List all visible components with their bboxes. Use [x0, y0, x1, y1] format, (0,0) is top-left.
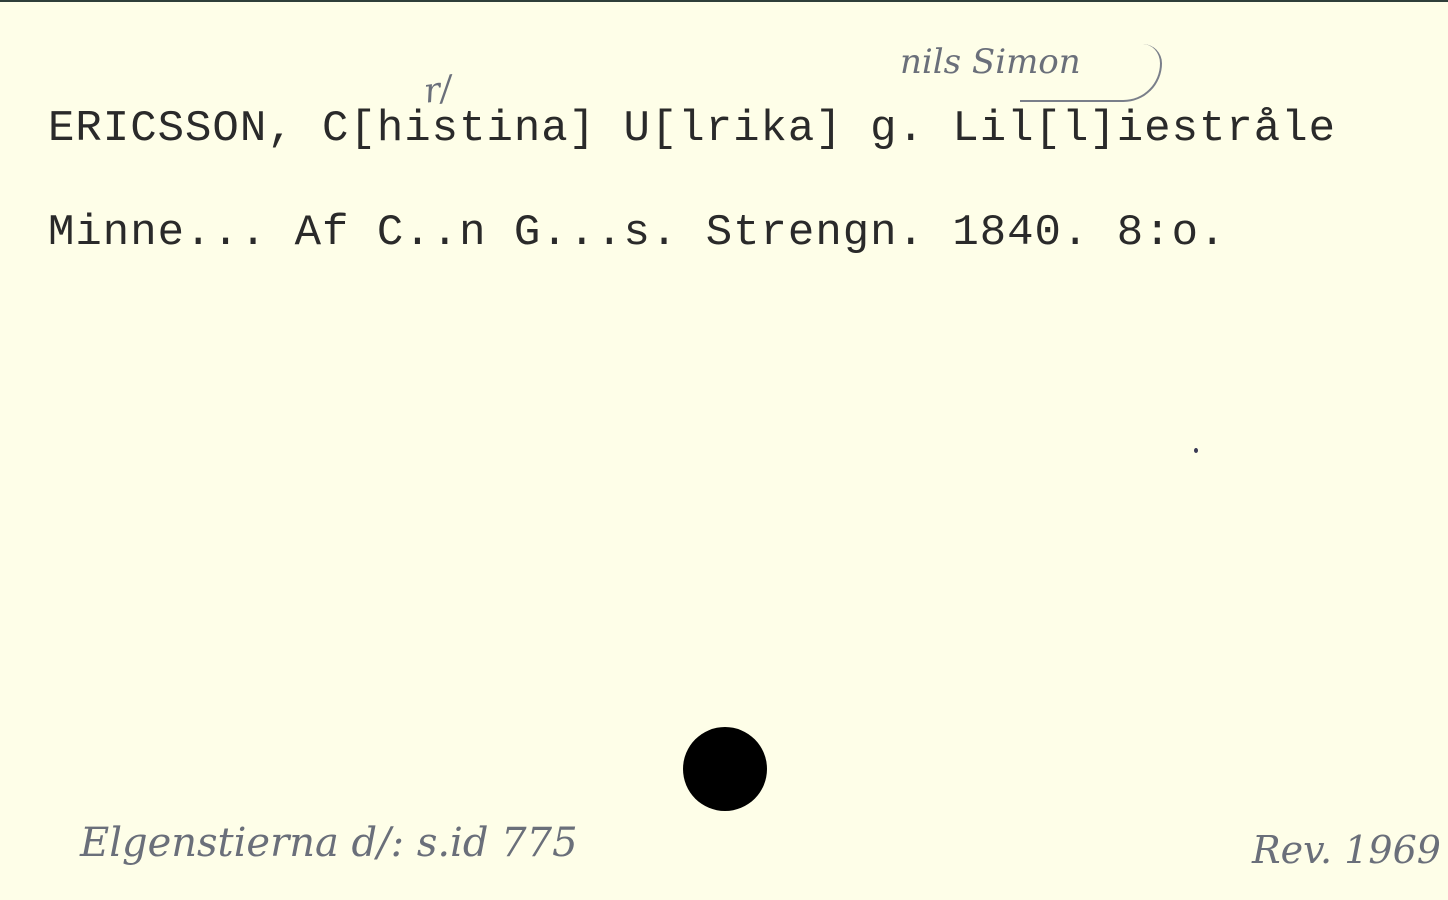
card-top-edge: [0, 0, 1448, 2]
card-heading-line: ERICSSON, C[histina] U[lrika] g. Lil[l]i…: [48, 104, 1336, 154]
ink-speck: [1194, 448, 1198, 453]
handwritten-insertion-arc: [1020, 44, 1162, 102]
card-title-line: Minne... Af C..n G...s. Strengn. 1840. 8…: [48, 208, 1226, 258]
handwritten-source-reference: Elgenstierna d/: s.id 775: [80, 820, 578, 866]
punch-hole: [683, 727, 767, 811]
handwritten-revision-note: Rev. 1969: [1252, 828, 1441, 872]
